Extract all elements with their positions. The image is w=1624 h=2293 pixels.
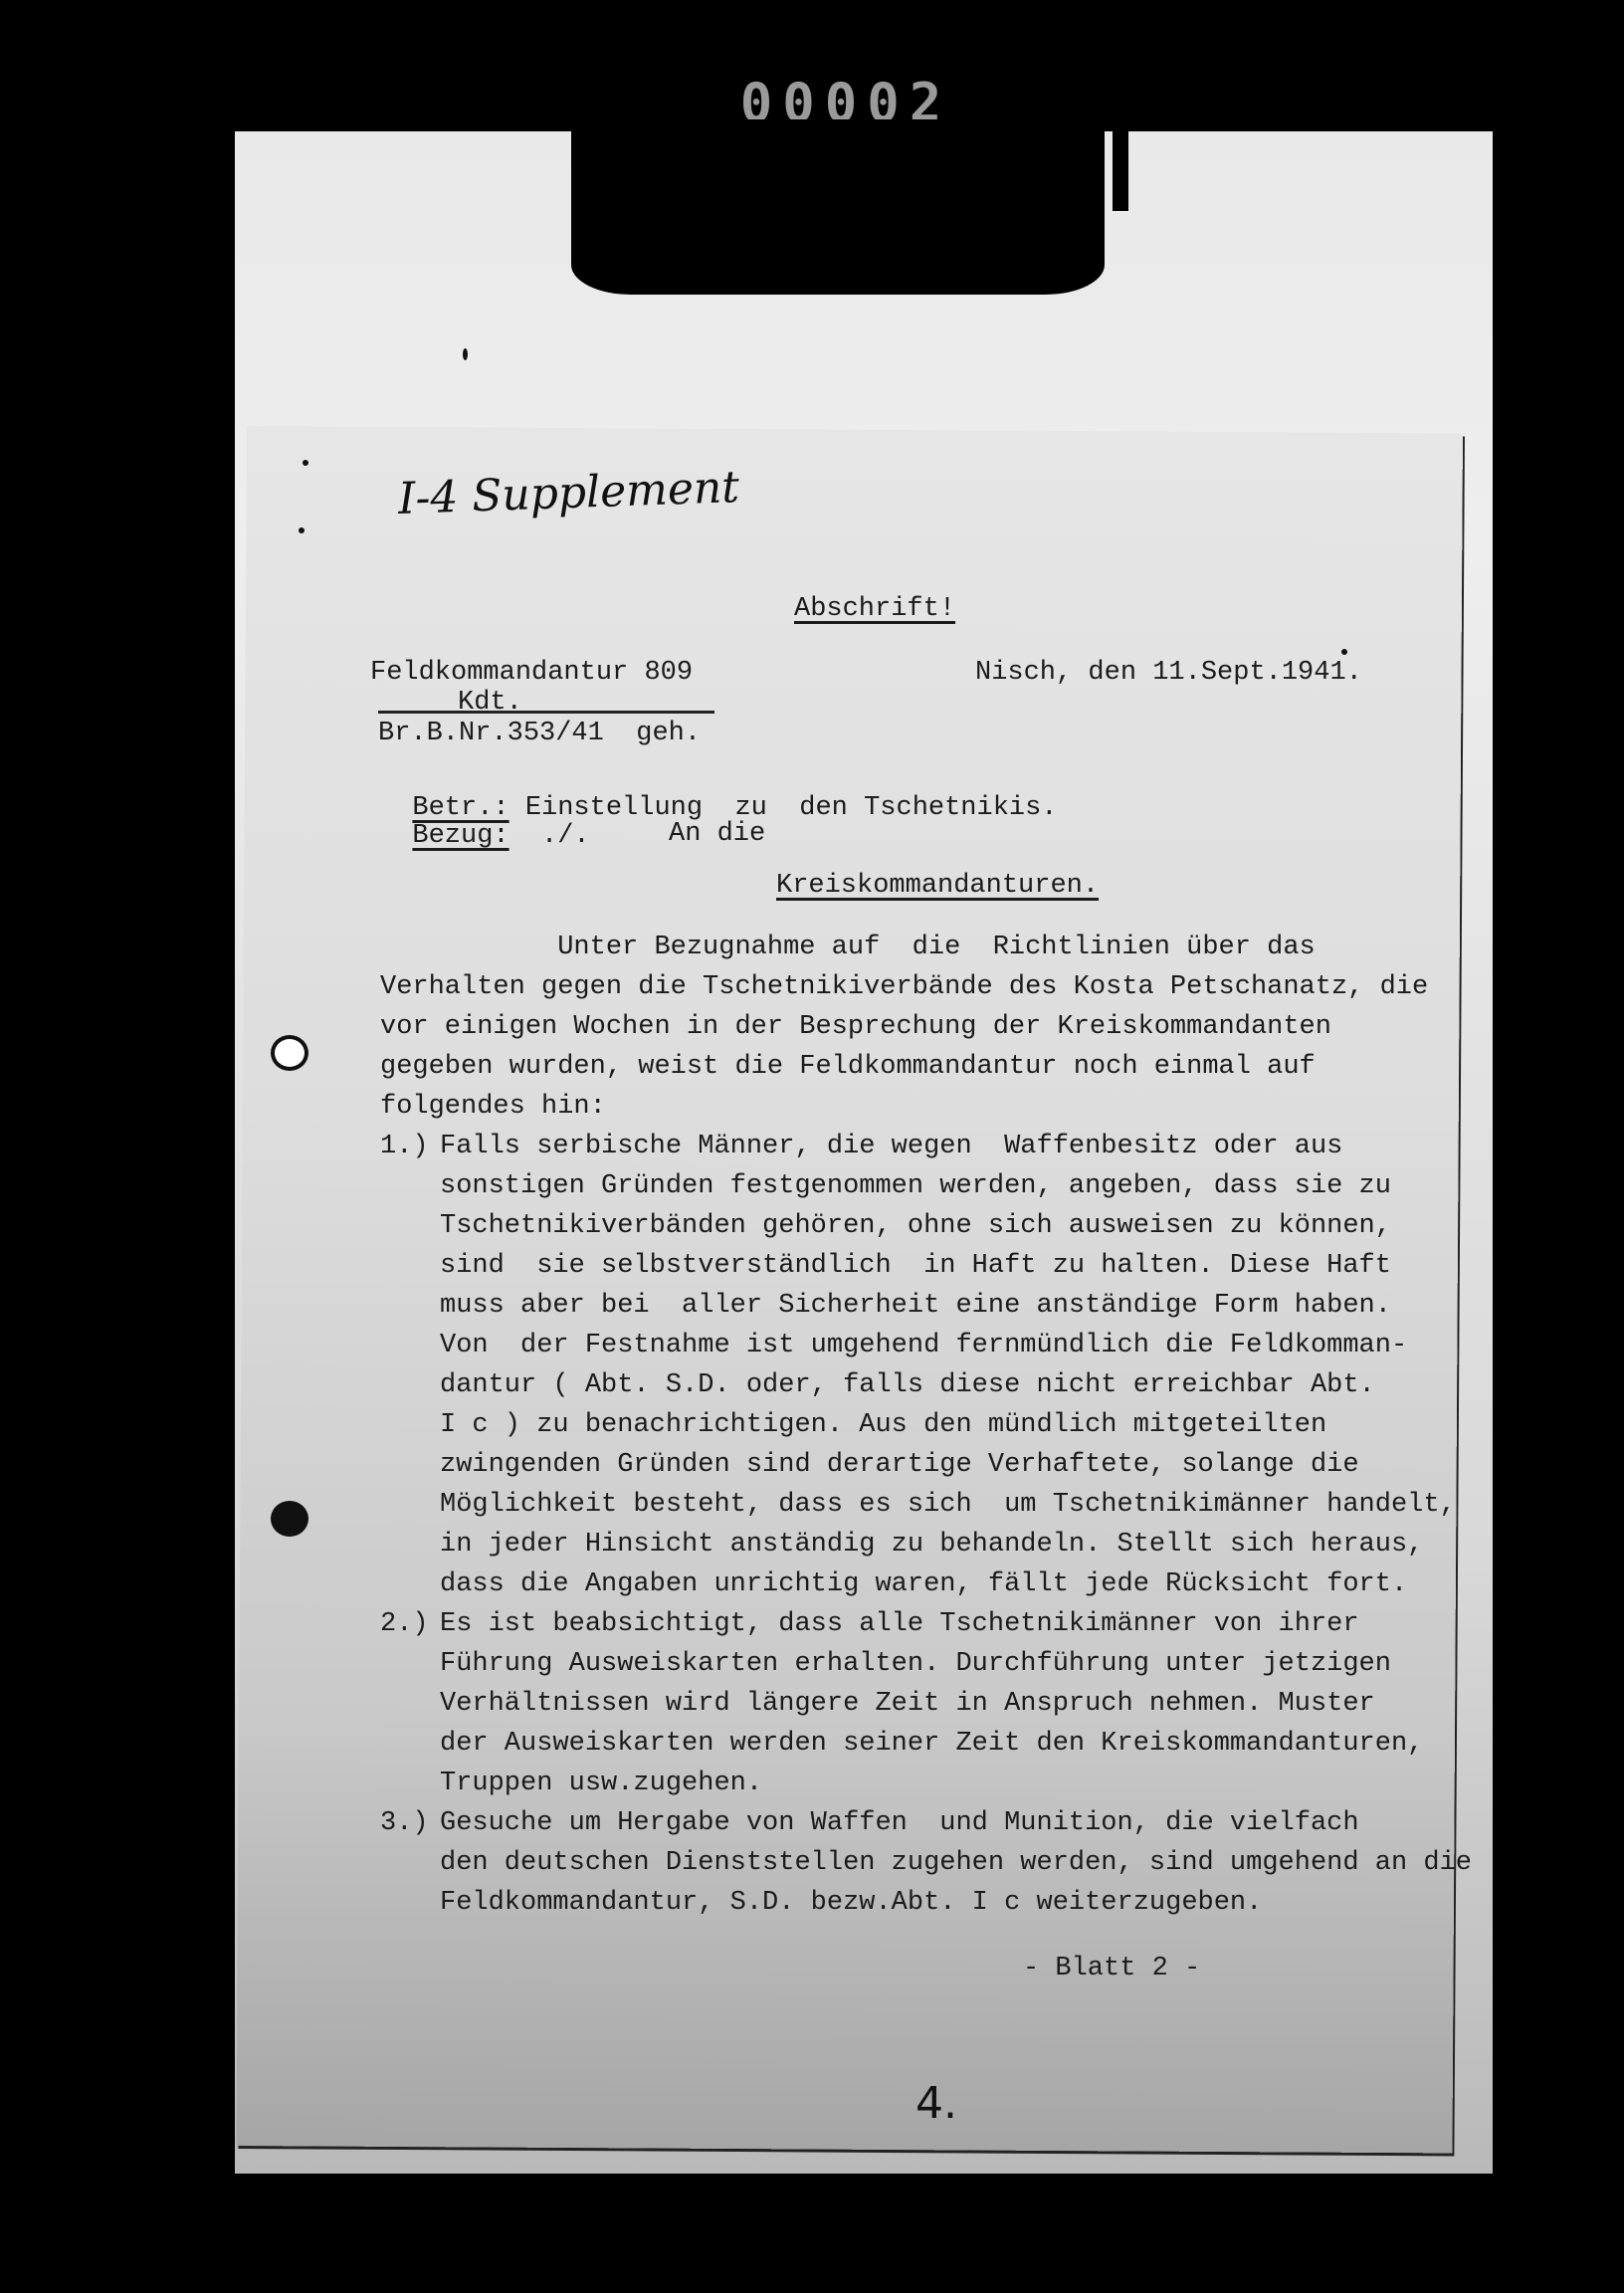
numbered-list: 1.) Falls serbische Männer, die wegen Wa…: [380, 1127, 1472, 1923]
punch-hole-icon: [271, 1501, 308, 1537]
intro-paragraph: Unter Bezugnahme auf die Richtlinien übe…: [380, 928, 1428, 1127]
page-continuation: - Blatt 2 -: [1023, 1949, 1200, 1988]
reference-label: Bezug:: [412, 821, 508, 851]
ink-speck: [463, 348, 468, 360]
document-title: Abschrift!: [794, 589, 955, 629]
recipients: Kreiskommandanturen.: [776, 866, 1099, 906]
address-prefix: An die: [669, 814, 765, 854]
reference-number: Br.B.Nr.353/41 geh.: [378, 711, 714, 753]
paper-clip-tab: [1113, 119, 1128, 211]
list-item: 2.) Es ist beabsichtigt, dass alle Tsche…: [380, 1604, 1472, 1803]
sender: Feldkommandantur 809: [370, 653, 693, 693]
punch-hole-icon: [271, 1035, 308, 1071]
list-item-text: Falls serbische Männer, die wegen Waffen…: [440, 1127, 1456, 1604]
reference-line: Bezug: ./.: [380, 776, 590, 856]
ink-speck: [1341, 649, 1347, 655]
place-date: Nisch, den 11.Sept.1941.: [975, 653, 1362, 693]
paper-clip: [571, 119, 1105, 295]
list-item-text: Es ist beabsichtigt, dass alle Tschetnik…: [440, 1604, 1423, 1803]
ink-speck: [299, 527, 304, 533]
list-item-number: 2.): [380, 1604, 440, 1803]
reference-text: ./.: [509, 821, 590, 851]
list-item-number: 3.): [380, 1803, 440, 1923]
list-item: 3.) Gesuche um Hergabe von Waffen und Mu…: [380, 1803, 1472, 1923]
subject-text: Einstellung zu den Tschetnikis.: [509, 793, 1058, 823]
list-item-text: Gesuche um Hergabe von Waffen und Muniti…: [440, 1803, 1472, 1923]
ink-speck: [303, 460, 308, 466]
list-item: 1.) Falls serbische Männer, die wegen Wa…: [380, 1127, 1472, 1604]
list-item-number: 1.): [380, 1127, 440, 1604]
folio-number: 4.: [915, 2078, 957, 2129]
